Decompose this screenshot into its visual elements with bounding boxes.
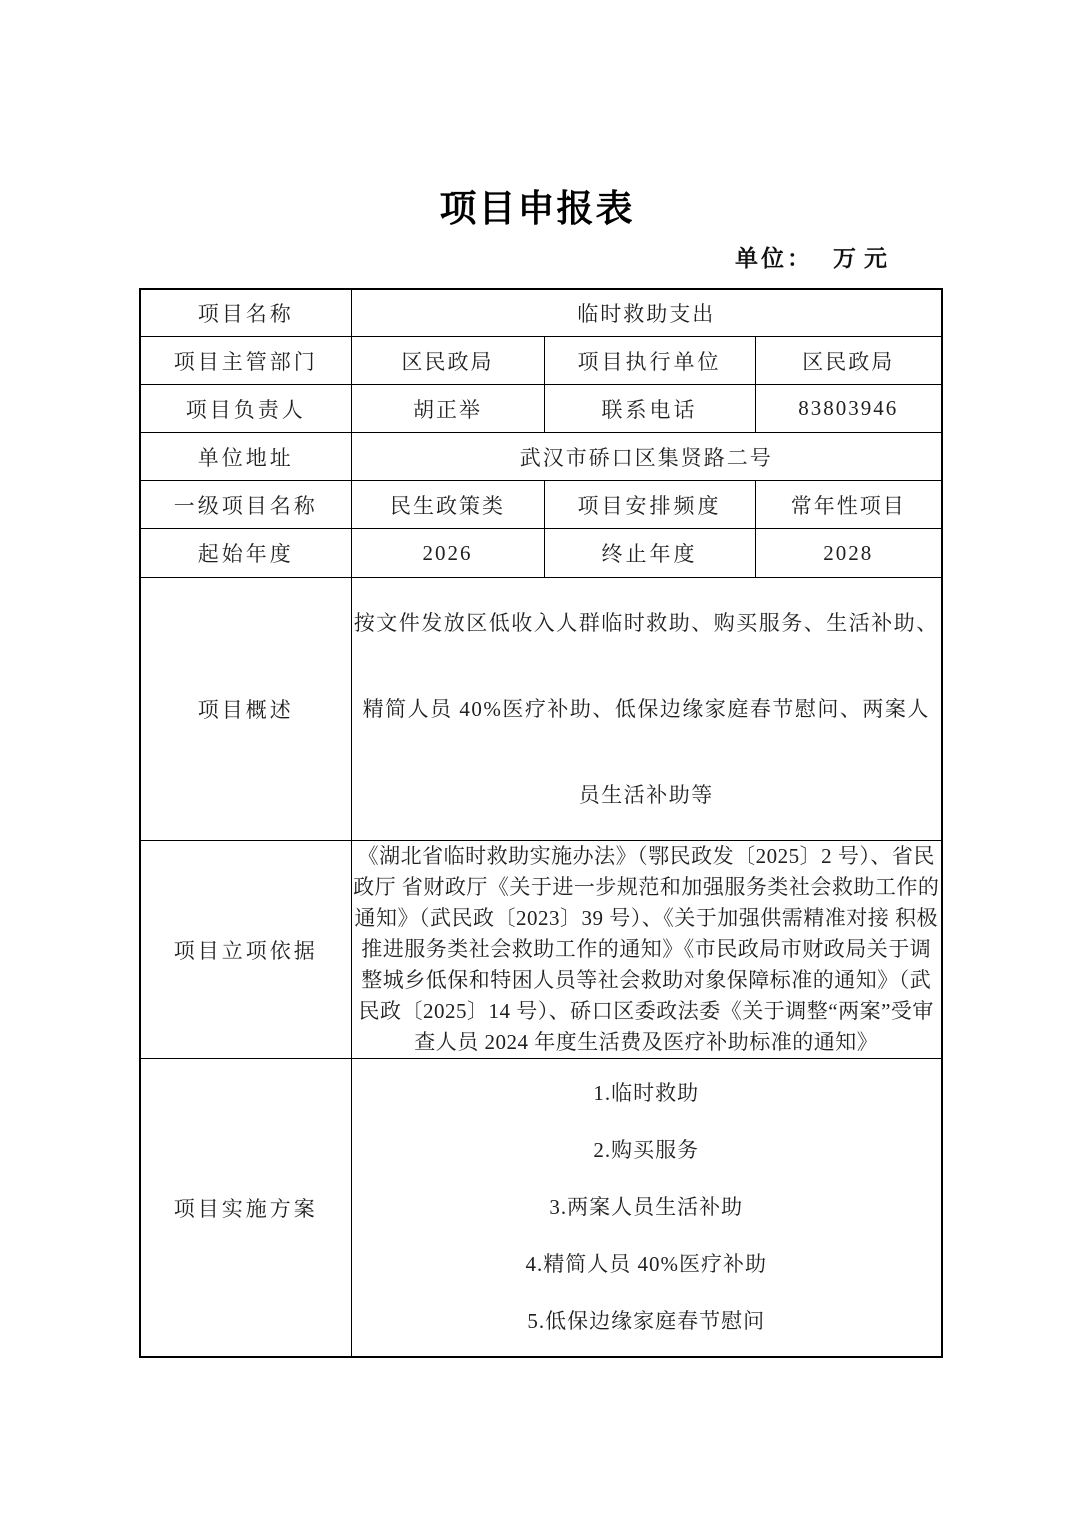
row-years: 起始年度 2026 终止年度 2028 [140, 529, 942, 578]
document-page: 项目申报表 单位：万元 项目名称 临时救助支出 项目主管部门 区民政局 项目执行… [0, 0, 1074, 1520]
field-label-project-overview: 项目概述 [140, 578, 351, 841]
field-label-start-year: 起始年度 [140, 529, 351, 578]
field-label-approval-basis: 项目立项依据 [140, 841, 351, 1059]
field-label-project-name: 项目名称 [140, 289, 351, 337]
field-value-contact-phone: 83803946 [755, 385, 942, 433]
plan-item-3: 3.两案人员生活补助 [352, 1179, 942, 1236]
field-value-unit-address: 武汉市硚口区集贤路二号 [351, 433, 942, 481]
field-value-executing-unit: 区民政局 [755, 337, 942, 385]
unit-note: 单位：万元 [735, 240, 895, 273]
field-value-project-name: 临时救助支出 [351, 289, 942, 337]
field-value-implementation-plan: 1.临时救助 2.购买服务 3.两案人员生活补助 4.精简人员 40%医疗补助 … [351, 1059, 942, 1358]
field-value-end-year: 2028 [755, 529, 942, 578]
field-label-arrangement-frequency: 项目安排频度 [544, 481, 755, 529]
unit-note-label: 单位： [735, 246, 813, 271]
field-label-end-year: 终止年度 [544, 529, 755, 578]
field-value-approval-basis: 《湖北省临时救助实施办法》（鄂民政发〔2025〕2 号）、省民政厅 省财政厅《关… [351, 841, 942, 1059]
field-value-supervising-department: 区民政局 [351, 337, 544, 385]
unit-note-value: 万元 [833, 240, 895, 273]
row-project-overview: 项目概述 按文件发放区低收入人群临时救助、购买服务、生活补助、精简人员 40%医… [140, 578, 942, 841]
field-value-start-year: 2026 [351, 529, 544, 578]
row-departments: 项目主管部门 区民政局 项目执行单位 区民政局 [140, 337, 942, 385]
field-label-project-leader: 项目负责人 [140, 385, 351, 433]
application-form-table: 项目名称 临时救助支出 项目主管部门 区民政局 项目执行单位 区民政局 项目负责… [139, 288, 943, 1358]
page-title: 项目申报表 [0, 178, 1074, 232]
row-level1-frequency: 一级项目名称 民生政策类 项目安排频度 常年性项目 [140, 481, 942, 529]
row-implementation-plan: 项目实施方案 1.临时救助 2.购买服务 3.两案人员生活补助 4.精简人员 4… [140, 1059, 942, 1358]
field-label-contact-phone: 联系电话 [544, 385, 755, 433]
field-label-supervising-department: 项目主管部门 [140, 337, 351, 385]
field-label-executing-unit: 项目执行单位 [544, 337, 755, 385]
field-label-implementation-plan: 项目实施方案 [140, 1059, 351, 1358]
row-unit-address: 单位地址 武汉市硚口区集贤路二号 [140, 433, 942, 481]
field-value-level1-project-name: 民生政策类 [351, 481, 544, 529]
plan-item-2: 2.购买服务 [352, 1122, 942, 1179]
row-approval-basis: 项目立项依据 《湖北省临时救助实施办法》（鄂民政发〔2025〕2 号）、省民政厅… [140, 841, 942, 1059]
field-label-level1-project-name: 一级项目名称 [140, 481, 351, 529]
row-leader-phone: 项目负责人 胡正举 联系电话 83803946 [140, 385, 942, 433]
plan-item-5: 5.低保边缘家庭春节慰问 [352, 1293, 942, 1350]
row-project-name: 项目名称 临时救助支出 [140, 289, 942, 337]
field-value-arrangement-frequency: 常年性项目 [755, 481, 942, 529]
field-value-project-overview: 按文件发放区低收入人群临时救助、购买服务、生活补助、精简人员 40%医疗补助、低… [351, 578, 942, 841]
plan-item-4: 4.精简人员 40%医疗补助 [352, 1236, 942, 1293]
field-value-project-leader: 胡正举 [351, 385, 544, 433]
field-label-unit-address: 单位地址 [140, 433, 351, 481]
plan-item-1: 1.临时救助 [352, 1065, 942, 1122]
